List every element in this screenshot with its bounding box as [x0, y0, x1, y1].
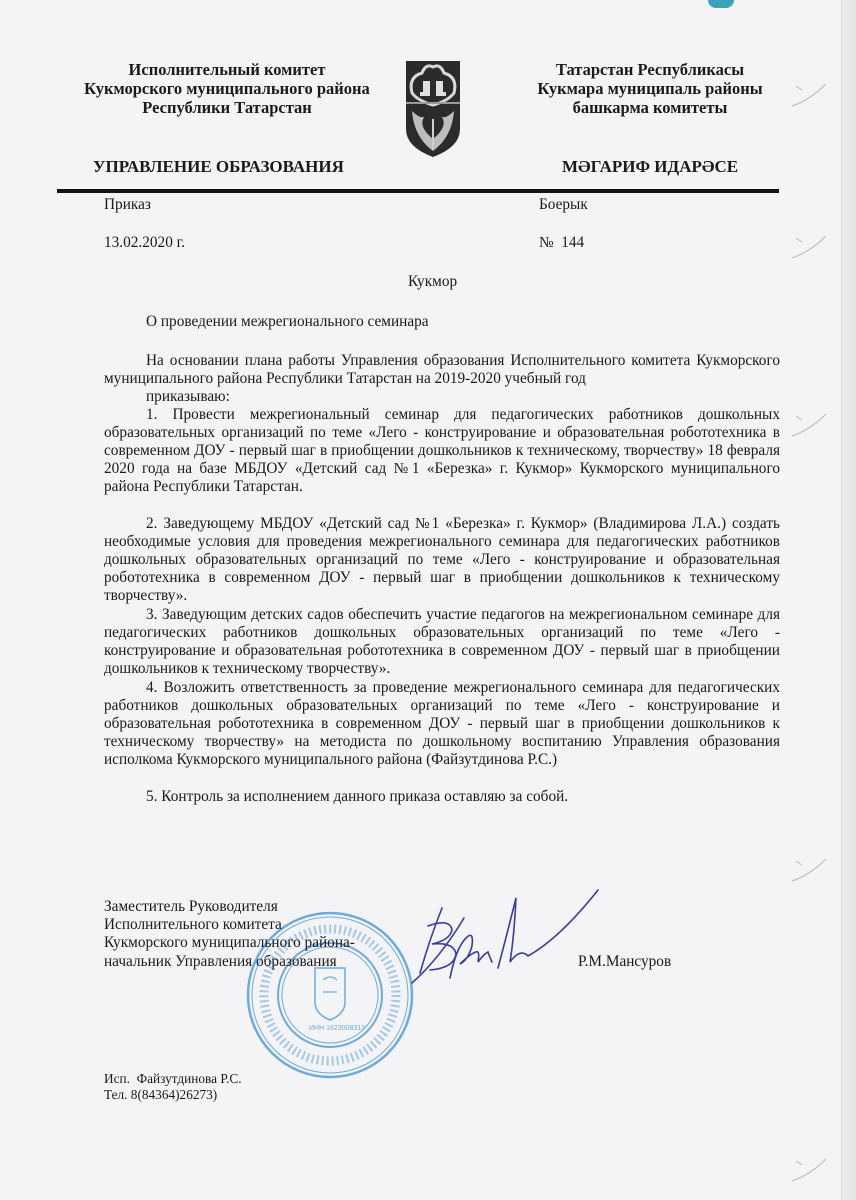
header-right-line: башкарма комитеты — [510, 98, 790, 117]
header-left-line: Кукморского муниципального района — [62, 79, 392, 98]
order-word: приказываю: — [146, 388, 230, 406]
order-item-5: 5. Контроль за исполнением данного прика… — [104, 788, 780, 806]
order-number: № 144 — [539, 234, 584, 252]
header-left-line: Исполнительный комитет — [62, 60, 392, 79]
executor-phone: Тел. 8(84364)26273) — [104, 1087, 242, 1103]
department-right: МӘГАРИФ ИДАРӘСЕ — [562, 157, 738, 177]
header-right-line: Татарстан Республикасы — [510, 60, 790, 79]
order-type-tt: Боерык — [539, 196, 588, 214]
signatory-title: Заместитель Руководителя Исполнительного… — [104, 898, 355, 971]
header-right-line: Кукмара муниципаль районы — [510, 79, 790, 98]
margin-mark-icon — [790, 855, 830, 885]
order-item-1: 1. Провести межрегиональный семинар для … — [104, 406, 780, 496]
order-item-4: 4. Возложить ответственность за проведен… — [104, 679, 780, 769]
header-left: Исполнительный комитет Кукморского муниц… — [62, 60, 392, 117]
signatory-title-line: Кукморского муниципального района- — [104, 934, 355, 952]
signatory-title-line: Исполнительного комитета — [104, 916, 355, 934]
order-item-2: 2. Заведующему МБДОУ «Детский сад №1 «Бе… — [104, 515, 780, 605]
margin-mark-icon — [790, 232, 830, 262]
header-right: Татарстан Республикасы Кукмара муниципал… — [510, 60, 790, 117]
svg-text:ИНН 1623008313: ИНН 1623008313 — [309, 1025, 365, 1032]
handwritten-signature-icon — [410, 878, 600, 988]
header-divider — [57, 189, 779, 193]
executor-name: Исп. Файзутдинова Р.С. — [104, 1071, 242, 1087]
signatory-title-line: Заместитель Руководителя — [104, 898, 355, 916]
stapler-mark — [708, 0, 734, 8]
coat-of-arms-icon — [404, 59, 462, 159]
page-edge — [841, 0, 856, 1200]
signatory-title-line: начальник Управления образования — [104, 953, 355, 971]
order-subject: О проведении межрегионального семинара — [146, 313, 429, 331]
document-page: Исполнительный комитет Кукморского муниц… — [0, 0, 856, 1200]
order-place: Кукмор — [408, 273, 457, 291]
preamble: На основании плана работы Управления обр… — [104, 352, 780, 388]
order-type-ru: Приказ — [104, 196, 151, 214]
order-item-3: 3. Заведующим детских садов обеспечить у… — [104, 606, 780, 678]
executor-info: Исп. Файзутдинова Р.С. Тел. 8(84364)2627… — [104, 1071, 242, 1103]
margin-mark-icon — [790, 80, 830, 110]
order-date: 13.02.2020 г. — [104, 234, 185, 252]
signatory-name: Р.М.Мансуров — [578, 953, 671, 971]
department-left: УПРАВЛЕНИЕ ОБРАЗОВАНИЯ — [93, 157, 344, 177]
header-left-line: Республики Татарстан — [62, 98, 392, 117]
margin-mark-icon — [790, 1155, 830, 1185]
margin-mark-icon — [790, 410, 830, 440]
